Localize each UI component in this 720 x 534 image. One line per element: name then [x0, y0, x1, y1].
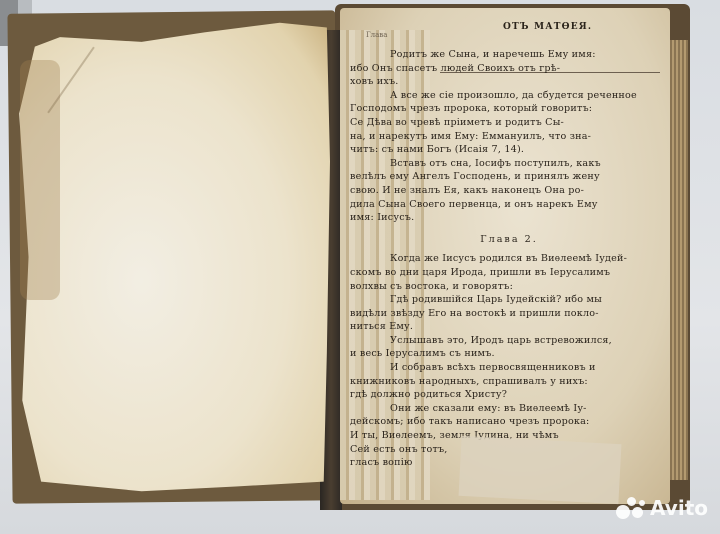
chapter-heading: Глава 2.	[350, 233, 668, 247]
text-line: Вставъ отъ сна, Іосифъ поступилъ, какъ	[350, 157, 668, 171]
text-line: И собравъ всѣхъ первосвященниковъ и	[350, 361, 668, 375]
text-line: имя: Іисусъ.	[350, 211, 668, 225]
text-line: Господомъ чрезъ пророка, который говорит…	[350, 102, 668, 116]
text-line: дила Сына Своего первенца, и онъ нарекъ …	[350, 198, 668, 212]
torn-page-fold	[459, 436, 622, 504]
text-line: Родитъ же Сына, и наречешь Ему имя:	[350, 48, 668, 62]
text-line: гдѣ должно родиться Христу?	[350, 388, 668, 402]
watermark-text: Avito	[650, 496, 708, 520]
text-line: Гдѣ родившійся Царь Іудейскій? ибо мы	[350, 293, 668, 307]
text-line: Когда же Іисусъ родился въ Виѳлеемѣ Іуде…	[350, 252, 668, 266]
text-line: ниться Ему.	[350, 320, 668, 334]
text-line: читъ: съ нами Богъ (Исаія 7, 14).	[350, 143, 668, 157]
running-head: ОТЪ МАТѲЕЯ.	[503, 22, 592, 32]
text-line: видѣли звѣзду Его на востокѣ и пришли по…	[350, 307, 668, 321]
text-line: ховъ ихъ.	[350, 75, 668, 89]
avito-dots-icon	[616, 497, 646, 519]
margin-label: Глава	[366, 31, 387, 39]
text-line: Они же сказали ему: въ Виѳлеемѣ Іу-	[350, 402, 668, 416]
text-line: свою. И не зналъ Ея, какъ наконецъ Она р…	[350, 184, 668, 198]
text-line: ибо Онъ спасетъ людей Своихъ отъ грѣ-	[350, 62, 668, 76]
text-line: волхвы съ востока, и говорятъ:	[350, 280, 668, 294]
text-line: велѣлъ ему Ангелъ Господень, и принялъ ж…	[350, 170, 668, 184]
page-stain	[20, 60, 60, 300]
text-line: и весь Іерусалимъ съ нимъ.	[350, 347, 668, 361]
watermark-logo: Avito	[616, 496, 708, 520]
text-line: книжниковъ народныхъ, спрашивалъ у нихъ:	[350, 375, 668, 389]
text-line: дейскомъ; ибо такъ написано чрезъ пророк…	[350, 415, 668, 429]
text-line: скомъ во дни царя Ирода, пришли въ Іерус…	[350, 266, 668, 280]
page-text: Родитъ же Сына, и наречешь Ему имя: ибо …	[350, 48, 668, 470]
text-line: на, и нарекутъ имя Ему: Еммануилъ, что з…	[350, 130, 668, 144]
open-book: Глава ОТЪ МАТѲЕЯ. Родитъ же Сына, и наре…	[0, 0, 720, 534]
text-line: Се Дѣва во чревѣ пріиметъ и родитъ Сы-	[350, 116, 668, 130]
text-line: Услышавъ это, Иродъ царь встревожился,	[350, 334, 668, 348]
text-line: А все же сіе произошло, да сбудется рече…	[350, 89, 668, 103]
